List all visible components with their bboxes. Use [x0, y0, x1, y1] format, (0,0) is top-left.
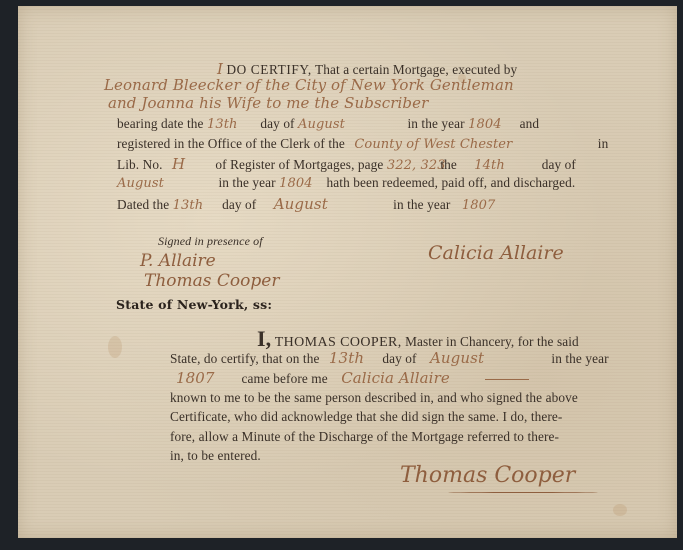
ack-text-line6: fore, allow a Minute of the Discharge of…	[170, 429, 559, 445]
redeemed-line: August in the year 1804 hath been redeem…	[117, 175, 575, 191]
pages: 322, 323	[387, 158, 437, 173]
witness-signature-allaire: P. Allaire	[140, 251, 216, 271]
executed-by-line1: Leonard Bleecker of the City of New York…	[104, 76, 514, 94]
signature-flourish	[448, 492, 598, 493]
signatory-signature: Calicia Allaire	[428, 242, 564, 264]
ack-text-line5: Certificate, who did acknowledge that sh…	[170, 409, 562, 425]
bearing-month: August	[298, 117, 404, 132]
registered-line: registered in the Office of the Clerk of…	[117, 136, 608, 152]
ack-text-line4: known to me to be the same person descri…	[170, 390, 578, 406]
dated-day: 13th	[173, 198, 219, 213]
registered-year: 1804	[279, 176, 323, 191]
lib-line: Lib. No. H of Register of Mortgages, pag…	[117, 155, 576, 173]
dated-line: Dated the 13th day of August in the year…	[117, 195, 495, 213]
master-name: THOMAS COOPER,	[275, 335, 402, 350]
dated-month: August	[260, 195, 390, 213]
appeared-name: Calicia Allaire	[331, 369, 481, 387]
master-signature: Thomas Cooper	[400, 463, 575, 488]
lib-number: H	[166, 155, 212, 173]
paper-stain	[613, 504, 627, 516]
bearing-date-line: bearing date the 13th day of August in t…	[117, 116, 539, 132]
ack-day: 13th	[323, 349, 379, 367]
executed-by-line2: and Joanna his Wife to me the Subscriber	[108, 94, 428, 112]
paper-stain	[108, 336, 122, 358]
ack-text-line7: in, to be entered.	[170, 448, 261, 464]
ack-year: 1807	[170, 369, 238, 387]
registered-office: County of West Chester	[348, 137, 594, 152]
witness-signature-cooper: Thomas Cooper	[144, 271, 279, 291]
document-paper: I DO CERTIFY, That a certain Mortgage, e…	[18, 6, 677, 538]
bearing-day: 13th	[207, 117, 257, 132]
registered-month: August	[117, 176, 215, 191]
ack-month: August	[420, 349, 548, 367]
venue-heading: State of New-York, ss:	[116, 297, 272, 312]
came-before-line: 1807 came before me Calicia Allaire	[170, 369, 529, 387]
ack-date-line: State, do certify, that on the 13th day …	[170, 349, 609, 367]
registered-day: 14th	[460, 158, 538, 173]
bearing-year: 1804	[468, 117, 516, 132]
signed-in-presence-label: Signed in presence of	[158, 234, 263, 249]
dated-year: 1807	[454, 198, 495, 213]
blank-rule	[485, 379, 529, 380]
